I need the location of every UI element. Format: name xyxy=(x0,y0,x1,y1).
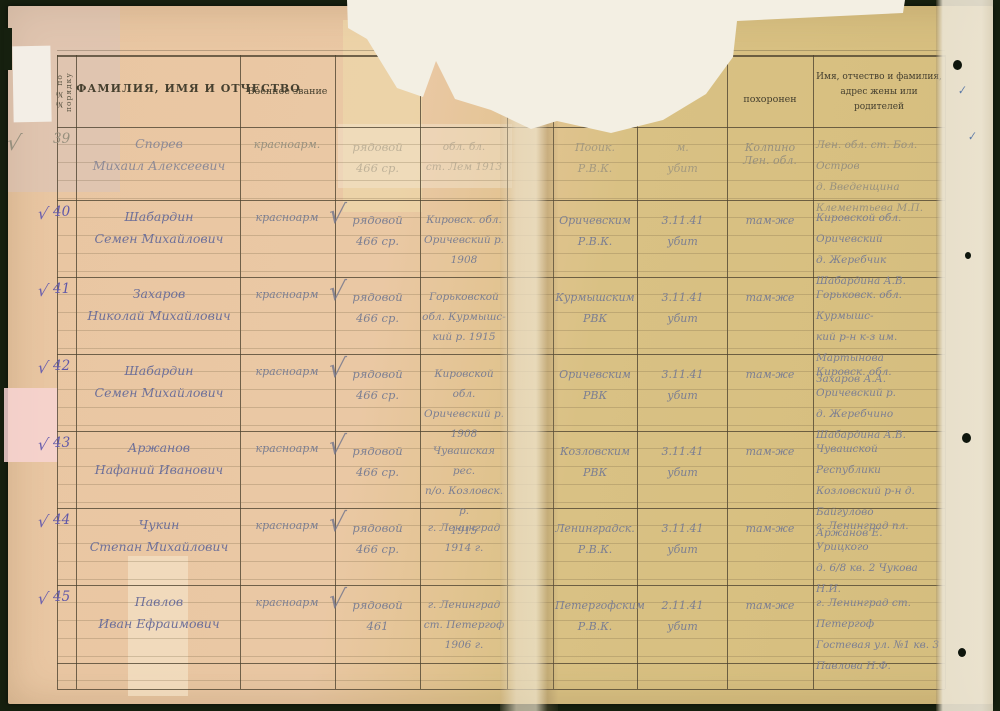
fate-cell: 3.11.41 убит xyxy=(640,441,725,483)
unit-cell: рядовой 466 ср. xyxy=(337,518,418,560)
punch-hole xyxy=(958,648,966,657)
name-cell: Захаров Николай Михайлович xyxy=(79,283,239,327)
checkmark: √ xyxy=(31,589,55,608)
birthplace-cell: г. Ленинград 1914 г. xyxy=(422,518,506,558)
fate-cell: м. убит xyxy=(640,137,725,179)
buried-cell: там-же xyxy=(729,214,811,227)
buried-cell: там-же xyxy=(729,291,811,304)
scanned-document: №№ по порядку ФАМИЛИЯ, ИМЯ И ОТЧЕСТВО Во… xyxy=(0,0,1000,711)
name-cell: Шабардин Семен Михайлович xyxy=(79,206,239,250)
paper-edge-notch xyxy=(4,28,12,70)
fate-cell: 2.11.41 убит xyxy=(640,595,725,637)
checkmark: √ xyxy=(31,512,55,531)
rvk-cell: Петергофским Р.В.К. xyxy=(555,595,635,637)
punch-hole xyxy=(965,252,971,259)
unit-cell: рядовой 466 ср. xyxy=(337,287,418,329)
unit-cell: рядовой 466 ср. xyxy=(337,210,418,252)
buried-cell: там-же xyxy=(729,522,811,535)
rank-cell: красноарм xyxy=(243,288,331,301)
birthplace-cell: г. Ленинград ст. Петергоф 1906 г. xyxy=(422,595,506,655)
birthplace-cell: обл. бл. ст. Лем 1913 xyxy=(422,137,506,177)
checkmark: √ xyxy=(31,435,55,454)
rank-cell: красноарм xyxy=(243,211,331,224)
name-cell: Шабардин Семен Михайлович xyxy=(79,360,239,404)
checkmark: √ xyxy=(1,131,26,155)
name-cell: Аржанов Нафаний Иванович xyxy=(79,437,239,481)
row-number: 39 xyxy=(53,131,79,147)
name-cell: Чукин Степан Михайлович xyxy=(79,514,239,558)
rvk-cell: Ленинградск. Р.В.К. xyxy=(555,518,635,560)
punch-hole xyxy=(962,433,971,443)
fate-cell: 3.11.41 убит xyxy=(640,210,725,252)
rank-cell: красноарм xyxy=(243,442,331,455)
fate-cell: 3.11.41 убит xyxy=(640,364,725,406)
birthplace-cell: Горьковской обл. Курмышс- кий р. 1915 xyxy=(422,287,506,347)
buried-cell: там-же xyxy=(729,368,811,381)
column-header-address: Имя, отчество и фамилия, адрес жены или … xyxy=(813,70,945,115)
row-number: 41 xyxy=(53,281,79,297)
rank-cell: красноарм xyxy=(243,365,331,378)
birthplace-cell: Кировск. обл. Оричевский р. 1908 xyxy=(422,210,506,270)
column-header-buried: похоронен xyxy=(727,94,813,105)
fate-cell: 3.11.41 убит xyxy=(640,287,725,329)
fate-cell: 3.11.41 убит xyxy=(640,518,725,560)
unit-cell: рядовой 466 ср. xyxy=(337,441,418,483)
name-cell: Павлов Иван Ефраимович xyxy=(79,591,239,635)
address-cell: г. Ленинград ст. Петергоф Гостевая ул. №… xyxy=(816,593,944,677)
rvk-cell: Оричевским РВК xyxy=(555,364,635,406)
row-number: 44 xyxy=(53,512,79,528)
column-header-rank: Военное звание xyxy=(240,86,335,97)
row-number: 40 xyxy=(53,204,79,220)
buried-cell: Колпино Лен. обл. xyxy=(729,141,811,167)
unit-cell: рядовой 466 ср. xyxy=(337,137,418,179)
row-number: 45 xyxy=(53,589,79,605)
punch-hole xyxy=(953,60,962,70)
column-header-name: ФАМИЛИЯ, ИМЯ И ОТЧЕСТВО xyxy=(76,82,240,95)
rvk-cell: Козловским РВК xyxy=(555,441,635,483)
buried-cell: там-же xyxy=(729,599,811,612)
rank-cell: красноарм. xyxy=(243,138,331,151)
checkmark: √ xyxy=(31,204,55,223)
buried-cell: там-же xyxy=(729,445,811,458)
name-cell: Спорев Михаил Алексеевич xyxy=(79,133,239,177)
unit-cell: рядовой 461 xyxy=(337,595,418,637)
row-number: 43 xyxy=(53,435,79,451)
rvk-cell: Оричевским Р.В.К. xyxy=(555,210,635,252)
white-label-patch xyxy=(12,46,51,123)
checkmark: √ xyxy=(31,281,55,300)
row-number: 42 xyxy=(53,358,79,374)
unit-cell: рядовой 466 ср. xyxy=(337,364,418,406)
tape-strip-right xyxy=(936,0,993,711)
column-header-number: №№ по порядку xyxy=(55,60,75,124)
rvk-cell: Курмышским РВК xyxy=(555,287,635,329)
rank-cell: красноарм xyxy=(243,596,331,609)
rvk-cell: Пооик. Р.В.К. xyxy=(555,137,635,179)
checkmark: √ xyxy=(31,358,55,377)
rank-cell: красноарм xyxy=(243,519,331,532)
